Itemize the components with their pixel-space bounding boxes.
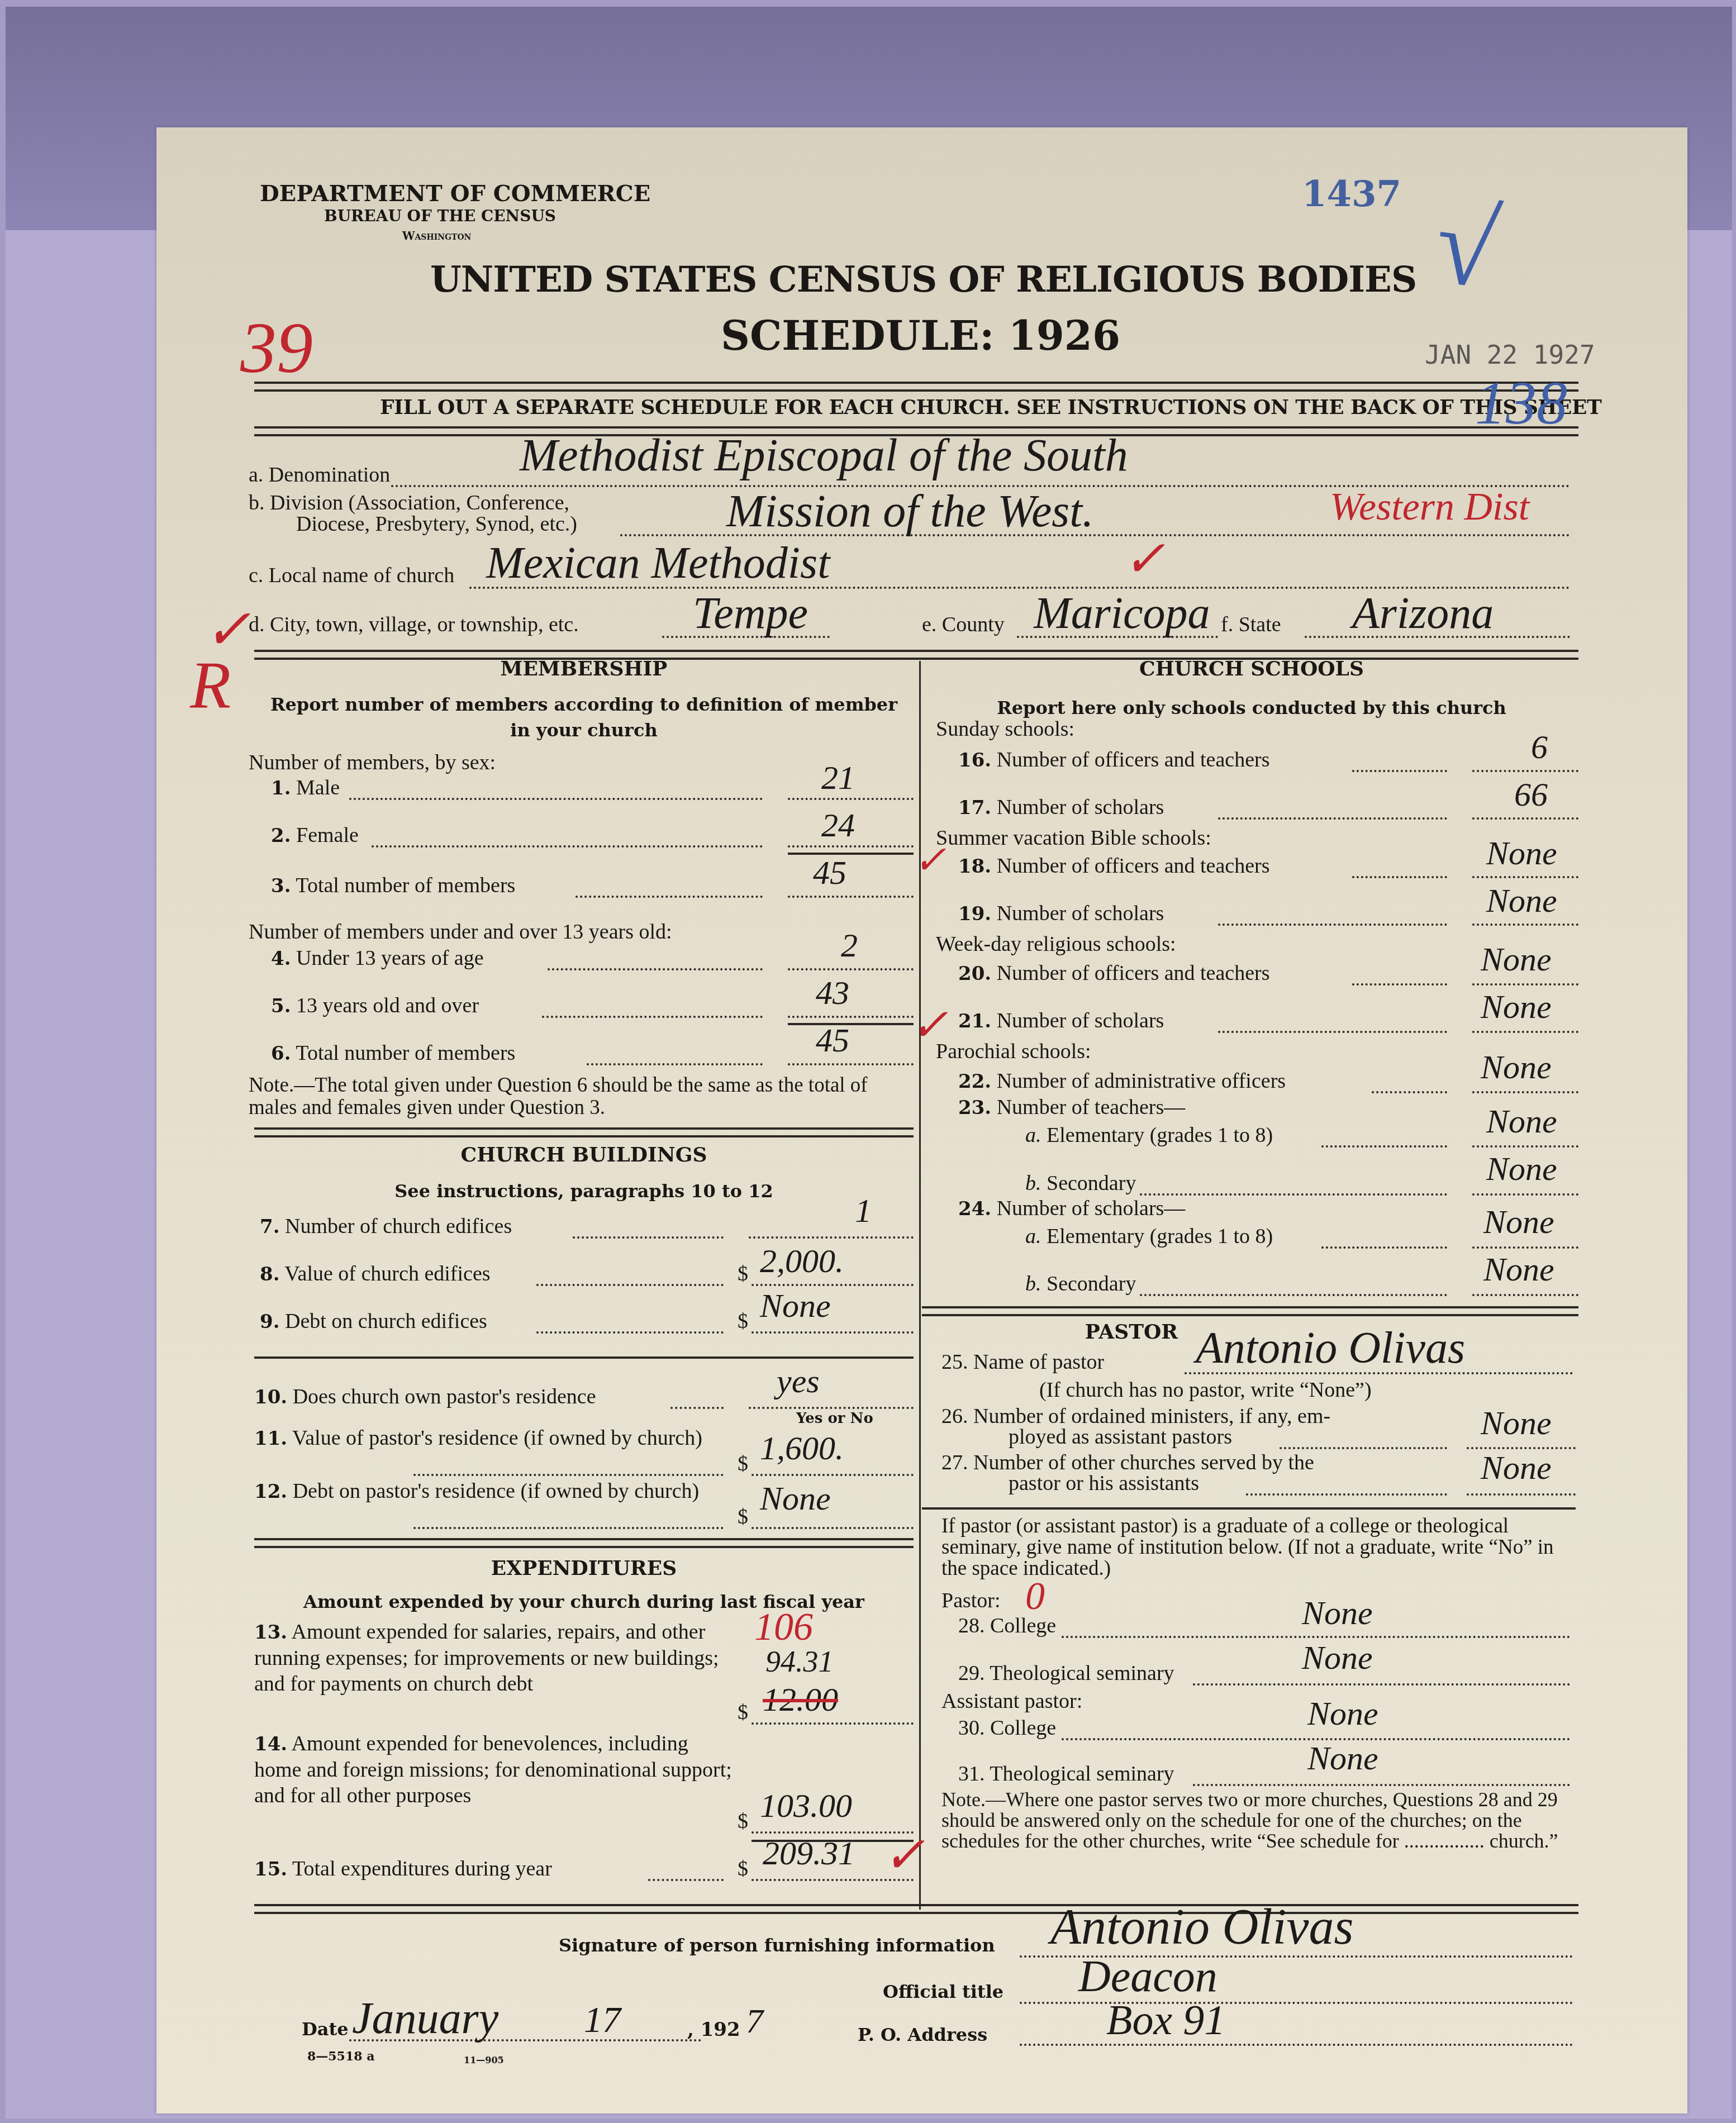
q10-line xyxy=(670,1407,724,1409)
q19-label: 19. Number of scholars xyxy=(958,901,1164,926)
q8-value-field[interactable]: 2,000. xyxy=(760,1242,844,1281)
q17-answer-line xyxy=(1472,817,1578,820)
q3-total-field[interactable]: 45 xyxy=(813,854,846,892)
bureau-label: BUREAU OF THE CENSUS xyxy=(324,207,556,225)
po-address-label: P. O. Address xyxy=(858,2024,987,2045)
graduate-note: If pastor (or assistant pastor) is a gra… xyxy=(941,1516,1573,1579)
weekday-schools-label: Week-day religious schools: xyxy=(936,932,1176,956)
official-title-field[interactable]: Deacon xyxy=(1078,1951,1217,2002)
q19-answer-line xyxy=(1472,924,1578,926)
q4-label: 4. Under 13 years of age xyxy=(271,946,484,970)
division-annotation: Western Dist xyxy=(1330,485,1529,530)
q2-female-field[interactable]: 24 xyxy=(821,806,855,845)
q23a-answer-line xyxy=(1472,1145,1578,1148)
q12-label: 12. Debt on pastor's residence (if owned… xyxy=(254,1479,735,1503)
form-title: UNITED STATES CENSUS OF RELIGIOUS BODIES xyxy=(430,259,1416,301)
q29-seminary-field[interactable]: None xyxy=(1302,1639,1373,1677)
pastor-subsection-label: Pastor: xyxy=(941,1588,1001,1613)
q4-under13-field[interactable]: 2 xyxy=(841,926,858,965)
q10-hint: Yes or No xyxy=(796,1410,873,1427)
q11-dollar: $ xyxy=(738,1451,748,1476)
q3-line xyxy=(576,896,763,898)
q5-answer-line xyxy=(788,1016,914,1018)
q8-label: 8. Value of church edifices xyxy=(260,1262,491,1286)
q20-field[interactable]: None xyxy=(1481,940,1552,979)
q3-label: 3. Total number of members xyxy=(271,873,515,898)
sunday-schools-label: Sunday schools: xyxy=(936,717,1074,741)
q11-answer-line xyxy=(752,1474,914,1476)
q17-field[interactable]: 66 xyxy=(1514,775,1548,814)
footer-rule xyxy=(254,1904,1578,1914)
q8-dollar: $ xyxy=(738,1262,748,1286)
q30-college-field[interactable]: None xyxy=(1307,1694,1378,1733)
date-day-field[interactable]: 17 xyxy=(584,1999,621,2041)
q7-label: 7. Number of church edifices xyxy=(260,1214,512,1239)
q11-value-field[interactable]: 1,600. xyxy=(760,1429,844,1468)
by-age-label: Number of members under and over 13 year… xyxy=(249,920,672,944)
q2-sum-rule xyxy=(788,853,914,855)
q20-line xyxy=(1352,983,1447,986)
q10-label: 10. Does church own pastor's residence xyxy=(254,1384,596,1409)
q7-answer-line xyxy=(749,1236,914,1239)
q14-dollar: $ xyxy=(738,1809,748,1834)
q27-line xyxy=(1246,1493,1447,1496)
parochial-schools-label: Parochial schools: xyxy=(936,1039,1091,1064)
pastor-red-mark: 0 xyxy=(1025,1574,1045,1619)
q10-answer-line xyxy=(749,1407,914,1409)
q13-correction-red: 106 xyxy=(754,1605,813,1650)
q27-field[interactable]: None xyxy=(1481,1449,1552,1487)
q24b-field[interactable]: None xyxy=(1483,1250,1554,1289)
form-code: 8—5518 a xyxy=(307,2049,374,2064)
q14-label: 14. Amount expended for benevolences, in… xyxy=(254,1731,735,1808)
buildings-subtitle: See instructions, paragraphs 10 to 12 xyxy=(254,1180,914,1202)
q16-line xyxy=(1352,770,1447,772)
q6-line xyxy=(587,1063,763,1065)
schools-subtitle: Report here only schools conducted by th… xyxy=(922,697,1581,718)
by-sex-label: Number of members, by sex: xyxy=(249,750,496,775)
denomination-field[interactable]: Methodist Episcopal of the South xyxy=(520,429,1128,482)
q21-answer-line xyxy=(1472,1031,1578,1033)
q13-correction: 94.31 xyxy=(765,1644,834,1679)
q20-label: 20. Number of officers and teachers xyxy=(958,961,1270,986)
membership-rule xyxy=(254,1127,914,1137)
q29-line xyxy=(1193,1683,1570,1686)
q15-dollar: $ xyxy=(738,1857,748,1881)
q2-label: 2. Female xyxy=(271,823,359,848)
q19-field[interactable]: None xyxy=(1486,882,1557,920)
official-title-label: Official title xyxy=(883,1981,1003,2002)
schools-title: CHURCH SCHOOLS xyxy=(922,657,1581,680)
pastor-rule xyxy=(922,1507,1576,1510)
expenditures-subtitle: Amount expended by your church during la… xyxy=(254,1591,914,1612)
stamp-number: 1437 xyxy=(1302,173,1401,215)
q9-line xyxy=(536,1331,724,1334)
q24b-label: b. Secondary xyxy=(1025,1272,1136,1296)
pastor-note: Note.—Where one pastor serves two or mor… xyxy=(941,1789,1578,1851)
buildings-rule xyxy=(254,1356,914,1359)
q27-label-2: pastor or his assistants xyxy=(1009,1471,1199,1496)
date-label: Date xyxy=(302,2019,349,2040)
q28-line xyxy=(1062,1636,1570,1638)
q4-answer-line xyxy=(788,968,914,970)
q26-line xyxy=(1280,1447,1447,1449)
q1-line xyxy=(349,798,763,800)
signature-field[interactable]: Antonio Olivas xyxy=(1050,1898,1353,1956)
q24a-field[interactable]: None xyxy=(1483,1203,1554,1241)
signature-label: Signature of person furnishing informati… xyxy=(559,1935,995,1956)
q16-label: 16. Number of officers and teachers xyxy=(958,748,1270,772)
q5-line xyxy=(542,1016,763,1018)
q18-line xyxy=(1352,876,1447,878)
q12-answer-line xyxy=(752,1527,914,1529)
q15-check-icon: ✓ xyxy=(883,1826,925,1884)
census-schedule-form: DEPARTMENT OF COMMERCE BUREAU OF THE CEN… xyxy=(156,127,1687,2114)
buildings-title: CHURCH BUILDINGS xyxy=(254,1143,914,1167)
q23a-line xyxy=(1321,1145,1447,1148)
q12-dollar: $ xyxy=(738,1505,748,1529)
q30-label: 30. College xyxy=(958,1716,1056,1740)
q12-debt-field[interactable]: None xyxy=(760,1479,831,1518)
q31-line xyxy=(1193,1784,1570,1786)
q16-field[interactable]: 6 xyxy=(1531,728,1548,767)
q11-label: 11. Value of pastor's residence (if owne… xyxy=(254,1426,735,1450)
q31-seminary-field[interactable]: None xyxy=(1307,1739,1378,1778)
q21-line xyxy=(1218,1031,1447,1033)
q29-label: 29. Theological seminary xyxy=(958,1661,1174,1686)
q11-line xyxy=(413,1474,724,1476)
q20-answer-line xyxy=(1472,983,1578,986)
q1-male-field[interactable]: 21 xyxy=(821,759,855,797)
local-name-label: c. Local name of church xyxy=(249,563,454,588)
membership-note: Note.—The total given under Question 6 s… xyxy=(249,1074,911,1119)
q13-dollar: $ xyxy=(738,1700,748,1725)
q23a-field[interactable]: None xyxy=(1486,1102,1557,1141)
q28-college-field[interactable]: None xyxy=(1302,1594,1373,1632)
vacation-schools-label: Summer vacation Bible schools: xyxy=(936,826,1211,850)
q23b-field[interactable]: None xyxy=(1486,1150,1557,1188)
q22-label: 22. Number of administrative officers xyxy=(958,1069,1286,1093)
q14-amount-field[interactable]: 103.00 xyxy=(760,1787,852,1825)
q28-label: 28. College xyxy=(958,1613,1056,1638)
county-label: e. County xyxy=(922,612,1005,637)
q1-label: 1. Male xyxy=(271,775,340,800)
q6-answer-line xyxy=(788,1063,914,1065)
q15-line xyxy=(648,1879,724,1881)
county-field[interactable]: Maricopa xyxy=(1034,588,1210,639)
q5-sum-rule xyxy=(788,1023,914,1025)
q26-field[interactable]: None xyxy=(1481,1404,1552,1443)
division-label-2: Diocese, Presbytery, Synod, etc.) xyxy=(296,512,577,536)
q9-answer-line xyxy=(752,1331,914,1334)
po-address-field[interactable]: Box 91 xyxy=(1106,1996,1225,2045)
q13-label: 13. Amount expended for salaries, repair… xyxy=(254,1619,735,1697)
date-month-field[interactable]: January xyxy=(352,1993,498,2044)
division-field[interactable]: Mission of the West. xyxy=(726,485,1094,537)
q15-label: 15. Total expenditures during year xyxy=(254,1857,552,1881)
state-label: f. State xyxy=(1221,612,1281,637)
q16-answer-line xyxy=(1472,770,1578,772)
q2-line xyxy=(372,845,763,848)
print-code: 11—905 xyxy=(464,2055,504,2065)
q22-line xyxy=(1372,1091,1447,1093)
date-year-prefix: , 192 xyxy=(687,2019,740,2041)
denomination-label: a. Denomination xyxy=(249,463,390,487)
q13-amount-field[interactable]: 12.00 xyxy=(763,1681,838,1719)
q9-debt-field[interactable]: None xyxy=(760,1287,831,1325)
q26-label-2: ployed as assistant pastors xyxy=(1009,1425,1232,1449)
q7-edifices-field[interactable]: 1 xyxy=(855,1192,872,1230)
q23b-answer-line xyxy=(1472,1193,1578,1196)
q4-line xyxy=(548,968,763,970)
q18-label: 18. Number of officers and teachers xyxy=(958,854,1270,878)
q24a-line xyxy=(1321,1246,1447,1249)
schools-rule xyxy=(922,1306,1578,1316)
q15-total-field[interactable]: 209.31 xyxy=(763,1834,855,1873)
margin-r-mark: R xyxy=(190,647,231,724)
q23-label: 23. Number of teachers— xyxy=(958,1095,1185,1120)
q17-line xyxy=(1218,817,1447,820)
check-mark-icon: √ xyxy=(1428,179,1506,315)
q6-label: 6. Total number of members xyxy=(271,1041,515,1065)
q24a-answer-line xyxy=(1472,1246,1578,1249)
q1-answer-line xyxy=(788,798,914,800)
q13-answer-line xyxy=(752,1722,914,1725)
q23a-label: a. Elementary (grades 1 to 8) xyxy=(1025,1123,1273,1148)
q24a-label: a. Elementary (grades 1 to 8) xyxy=(1025,1224,1273,1249)
q9-dollar: $ xyxy=(738,1309,748,1334)
q18-answer-line xyxy=(1472,876,1578,878)
q5-over13-field[interactable]: 43 xyxy=(816,974,849,1012)
q7-line xyxy=(573,1236,724,1239)
q3-answer-line xyxy=(788,896,914,898)
schedule-title: SCHEDULE: 1926 xyxy=(721,312,1120,359)
q8-line xyxy=(536,1284,724,1286)
q5-label: 5. 13 years old and over xyxy=(271,993,479,1018)
q21-label: 21. Number of scholars xyxy=(958,1008,1164,1033)
city-label: Washington xyxy=(402,229,471,242)
red-annotation-number: 39 xyxy=(240,306,313,390)
q18-field[interactable]: None xyxy=(1486,834,1557,873)
instruction-banner: FILL OUT A SEPARATE SCHEDULE FOR EACH CH… xyxy=(380,396,1601,419)
date-year-field[interactable]: 7 xyxy=(746,2002,763,2041)
membership-title: MEMBERSHIP xyxy=(254,657,914,680)
q19-line xyxy=(1218,924,1447,926)
membership-subtitle: Report number of members according to de… xyxy=(268,692,900,743)
received-date-stamp: JAN 22 1927 xyxy=(1425,340,1595,370)
expenditures-title: EXPENDITURES xyxy=(254,1556,914,1580)
department-label: DEPARTMENT OF COMMERCE xyxy=(260,180,650,207)
q2-answer-line xyxy=(788,845,914,848)
q24b-line xyxy=(1140,1294,1447,1296)
q24-label: 24. Number of scholars— xyxy=(958,1196,1185,1221)
buildings-rule-2 xyxy=(254,1538,914,1548)
city-field[interactable]: Tempe xyxy=(693,588,808,639)
q22-field[interactable]: None xyxy=(1481,1048,1552,1087)
red-check-icon: ✓ xyxy=(1123,530,1165,588)
pastor-name-field[interactable]: Antonio Olivas xyxy=(1196,1323,1465,1374)
pastor-name-label: 25. Name of pastor xyxy=(941,1350,1104,1374)
q23b-line xyxy=(1140,1193,1447,1196)
po-address-line xyxy=(1020,2044,1573,2046)
q22-answer-line xyxy=(1472,1091,1578,1093)
q10-residence-field[interactable]: yes xyxy=(777,1362,820,1401)
q6-total-field[interactable]: 45 xyxy=(816,1021,849,1060)
q8-answer-line xyxy=(752,1284,914,1286)
state-field[interactable]: Arizona xyxy=(1352,588,1494,639)
assistant-pastor-label: Assistant pastor: xyxy=(941,1689,1082,1713)
q23b-label: b. Secondary xyxy=(1025,1171,1136,1196)
q31-label: 31. Theological seminary xyxy=(958,1762,1174,1786)
q9-label: 9. Debt on church edifices xyxy=(260,1309,487,1334)
city-label: d. City, town, village, or township, etc… xyxy=(249,612,579,637)
q17-label: 17. Number of scholars xyxy=(958,795,1164,820)
header-rule-top xyxy=(254,382,1578,392)
q12-line xyxy=(413,1527,724,1529)
q27-answer-line xyxy=(1467,1493,1576,1496)
pastor-name-hint: (If church has no pastor, write “None”) xyxy=(1039,1378,1372,1402)
local-name-field[interactable]: Mexican Methodist xyxy=(486,538,830,589)
q24b-answer-line xyxy=(1472,1294,1578,1296)
q21-field[interactable]: None xyxy=(1481,988,1552,1026)
